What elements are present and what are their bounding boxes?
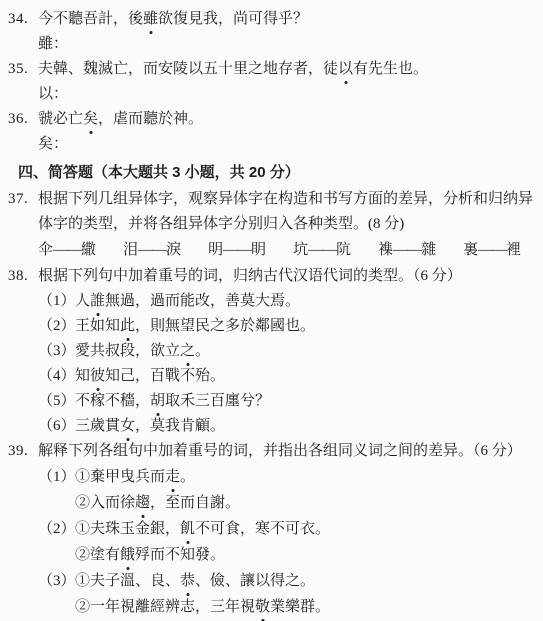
question-text: 夫韓、魏滅亡，而安陵以五十里之地存者，徒以有先生也。 [38,57,537,82]
pair-dash: —— [478,242,506,258]
question-34: 34. 今不聽吾計，後雖欲復見我，尚可得乎？ [8,7,537,32]
question-text: 虢必亡矣，虐而聽於神。 [38,107,537,132]
item-label: （4） [38,364,75,389]
sentence-post: 殍而不知發。 [135,547,225,563]
variant-left: 明 [208,242,223,258]
sentence-post: 業樂群。 [270,599,330,615]
q39-group-2-sentence-2: ②塗有餓殍而不知發。 [75,542,537,568]
emphasized-char: 以 [338,57,353,82]
item-label: （2） [38,314,75,339]
variant-pairs-row: 伞——繖 泪——淚 明——眀 坑——阬 襍——雜 裏——裡 [38,237,537,264]
circled-number: ② [75,599,90,615]
item-label: （3） [38,339,75,364]
q39-group-2-sentence-1: （2） ①夫珠玉金銀，飢不可食，寒不可衣。 [38,516,537,542]
q38-item-1: （1） 人誰無過，過而能改，善莫大焉。 [38,289,537,314]
item-label: （5） [38,389,75,414]
emphasized-char: 飢 [180,516,195,542]
variant-pair: 坑——阬 [293,237,351,264]
question-text: 根据下列句中加着重号的词，归纳古代汉语代词的类型。（6 分） [38,264,537,289]
pair-dash: —— [53,242,81,258]
sentence-post: ，虐而聽於神。 [98,111,203,127]
sentence-post: 、儉、讓以得之。 [195,573,315,589]
variant-right: 繖 [81,242,96,258]
q39-group-1: （1） ①棄甲曳兵而走。 ②入而徐趨，至而自謝。 [38,464,537,516]
sentence-pre: 人 [75,293,90,309]
sentence-post: 取禾三百廛兮？ [165,393,270,409]
item-sentence: 王如知此，則無望民之多於鄰國也。 [75,314,315,339]
item-sentence: ①棄甲曳兵而走。 [75,464,195,490]
sentence-pre: 三歲貫 [75,418,120,434]
variant-left: 坑 [293,242,308,258]
emphasized-char: 走 [165,464,180,490]
emphasized-char: 女 [120,414,135,439]
question-37: 37. 根据下列几组异体字，观察异体字在构造和书写方面的差异，分析和归纳异体字的… [8,187,537,237]
variant-right: 阬 [336,242,351,258]
variant-right: 裡 [506,242,521,258]
item-label: （1） [38,289,75,314]
group-label: （2） [38,516,75,542]
q38-item-6: （6） 三歲貫女，莫我肯顧。 [38,414,537,439]
item-sentence: ①夫子溫、良、恭、儉、讓以得之。 [75,568,315,594]
item-label: （6） [38,414,75,439]
question-text: 根据下列几组异体字，观察异体字在构造和书写方面的差异，分析和归纳异体字的类型，并… [38,187,537,237]
emphasized-char: 此 [120,314,135,339]
sentence-pre: 今不聽吾計，後 [38,11,143,27]
q39-group-3-sentence-2: ②一年視離經辨志，三年視敬業樂群。 [75,594,537,620]
item-sentence: 愛共叔段，欲立之。 [75,339,210,364]
circled-number: ② [75,547,90,563]
sentence-post: 欲復見我，尚可得乎？ [158,11,308,27]
question-35: 35. 夫韓、魏滅亡，而安陵以五十里之地存者，徒以有先生也。 [8,57,537,82]
circled-number: ① [75,521,90,537]
q39-group-3: （3） ①夫子溫、良、恭、儉、讓以得之。 ②一年視離經辨志，三年視敬業樂群。 [38,568,537,620]
sentence-pre: 一年視離經辨志，三年視 [90,599,255,615]
item-sentence: 不稼不穡，胡取禾三百廛兮？ [75,389,270,414]
variant-right: 眀 [251,242,266,258]
group-label: （1） [38,464,75,490]
variant-left: 伞 [38,242,53,258]
emphasized-char: 胡 [150,389,165,414]
pair-dash: —— [223,242,251,258]
item-sentence: ①夫珠玉金銀，飢不可食，寒不可衣。 [75,516,330,542]
section-heading: 四、简答题（本大题共 3 小题，共 20 分） [18,159,537,186]
q39-group-2: （2） ①夫珠玉金銀，飢不可食，寒不可衣。 ②塗有餓殍而不知發。 [38,516,537,568]
item-sentence: 人誰無過，過而能改，善莫大焉。 [75,289,300,314]
answer-prompt-35: 以： [38,82,537,107]
emphasized-char: 恭 [180,568,195,594]
sentence-pre: 夫子溫、良、 [90,573,180,589]
question-number: 38. [8,264,38,289]
item-sentence: 三歲貫女，莫我肯顧。 [75,414,225,439]
question-number: 34. [8,7,38,32]
variant-left: 裏 [463,242,478,258]
sentence-pre: 入而徐 [90,495,135,511]
emphasized-char: 餓 [120,542,135,568]
q37-line2: 类型，并将各组异体字分别归入各种类型。(8 分) [83,216,404,232]
question-39: 39. 解释下列各组句中加着重号的词，并指出各组同义词之间的差异。（6 分） [8,439,537,464]
sentence-pre: 棄甲曳兵而 [90,469,165,485]
sentence-post: ，莫我肯顧。 [135,418,225,434]
circled-number: ① [75,469,90,485]
question-number: 35. [8,57,38,82]
circled-number: ② [75,495,90,511]
sentence-pre: 塗有 [90,547,120,563]
sentence-pre: 愛共叔段，欲立 [75,343,180,359]
variant-left: 泪 [123,242,138,258]
sentence-pre: 王如知 [75,318,120,334]
q38-item-3: （3） 愛共叔段，欲立之。 [38,339,537,364]
sentence-post: 無過，過而能改，善莫大焉。 [105,293,300,309]
question-number: 37. [8,187,38,212]
sentence-pre: 知 [75,368,90,384]
question-text: 今不聽吾計，後雖欲復見我，尚可得乎？ [38,7,537,32]
pair-dash: —— [308,242,336,258]
sentence-post: 。 [180,469,195,485]
question-number: 39. [8,439,38,464]
sentence-post: 。 [195,343,210,359]
group-label: （3） [38,568,75,594]
question-36: 36. 虢必亡矣，虐而聽於神。 [8,107,537,132]
sentence-pre: 夫韓、魏滅亡，而安陵以五十里之地存者，徒 [38,61,338,77]
q38-item-5: （5） 不稼不穡，胡取禾三百廛兮？ [38,389,537,414]
exam-page: 34. 今不聽吾計，後雖欲復見我，尚可得乎？ 雖： 35. 夫韓、魏滅亡，而安陵… [0,0,543,620]
q38-item-2: （2） 王如知此，則無望民之多於鄰國也。 [38,314,537,339]
variant-pair: 伞——繖 [38,237,96,264]
emphasized-char: 敬 [255,594,270,620]
emphasized-char: 之 [180,339,195,364]
item-sentence: 知彼知己，百戰不殆。 [75,364,225,389]
variant-left: 襍 [378,242,393,258]
question-number: 36. [8,107,38,132]
answer-prompt-34: 雖： [38,32,537,57]
variant-pair: 明——眀 [208,237,266,264]
variant-right: 雜 [421,242,436,258]
emphasized-char: 彼 [90,364,105,389]
variant-right: 淚 [166,242,181,258]
variant-pair: 裏——裡 [463,237,521,264]
q39-group-1-sentence-2: ②入而徐趨，至而自謝。 [75,490,537,516]
sentence-post: 不可食，寒不可衣。 [195,521,330,537]
pair-dash: —— [393,242,421,258]
variant-pair: 襍——雜 [378,237,436,264]
q38-item-4: （4） 知彼知己，百戰不殆。 [38,364,537,389]
question-text: 解释下列各组句中加着重号的词，并指出各组同义词之间的差异。（6 分） [38,439,537,464]
answer-prompt-36: 矣： [38,132,537,157]
sentence-pre: 不稼不穡， [75,393,150,409]
sentence-post: ，至而自謝。 [150,495,240,511]
sentence-post: ，則無望民之多於鄰國也。 [135,318,315,334]
sentence-pre: 虢必亡 [38,111,83,127]
emphasized-char: 矣 [83,107,98,132]
circled-number: ① [75,573,90,589]
q39-group-1-sentence-1: （1） ①棄甲曳兵而走。 [38,464,537,490]
variant-pair: 泪——淚 [123,237,181,264]
q39-group-3-sentence-1: （3） ①夫子溫、良、恭、儉、讓以得之。 [38,568,537,594]
sentence-post: 知己，百戰不殆。 [105,368,225,384]
emphasized-char: 誰 [90,289,105,314]
pair-dash: —— [138,242,166,258]
question-38: 38. 根据下列句中加着重号的词，归纳古代汉语代词的类型。（6 分） [8,264,537,289]
emphasized-char: 雖 [143,7,158,32]
emphasized-char: 趨 [135,490,150,516]
sentence-pre: 夫珠玉金銀， [90,521,180,537]
sentence-post: 有先生也。 [353,61,428,77]
